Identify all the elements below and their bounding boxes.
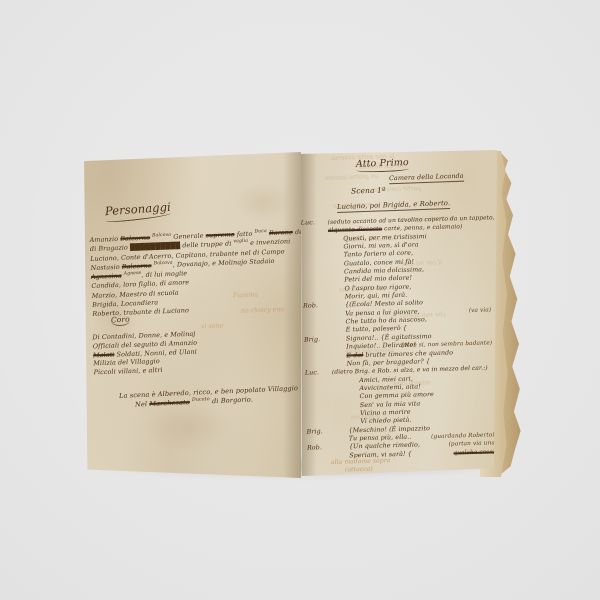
showthrough-fragment: un giorno ancora <box>325 173 379 182</box>
chorus-list: Di Contadini, Donne, e MolinajOfficiali … <box>92 327 283 378</box>
paper-stain <box>233 182 293 222</box>
scene-characters: Luciano, poi Brigida, e Roberto. <box>337 199 451 212</box>
paper-stain <box>143 402 233 452</box>
faint-footnote-line2: (attacca) <box>345 466 373 474</box>
chorus-heading: Coro <box>111 315 130 327</box>
scene-location: Camera della Locanda <box>389 172 464 184</box>
stage-note: qualche cosa) <box>453 448 495 458</box>
photo-background: Personaggi Amanzio Balcorno Balcova Gene… <box>0 0 600 600</box>
dialogue: Luc. (seduto accanto ad un tavolino cope… <box>298 214 499 461</box>
faint-footnote-line1: alla madama sopra <box>331 457 391 466</box>
showthrough-fragment: vi sono <box>201 323 223 331</box>
showthrough-fragment: Fiamma <box>233 292 258 300</box>
right-page: la mia sorte avversache dal destinoun gi… <box>301 150 497 476</box>
scene-number: Scena 1ª <box>351 185 386 195</box>
cast-heading: Personaggi <box>104 200 171 223</box>
manuscript-book: Personaggi Amanzio Balcorno Balcova Gene… <box>78 144 526 488</box>
showthrough-fragment: no choicy eno <box>241 306 284 315</box>
left-page: Personaggi Amanzio Balcorno Balcova Gene… <box>83 152 301 478</box>
act-heading: Atto Primo <box>356 157 409 173</box>
